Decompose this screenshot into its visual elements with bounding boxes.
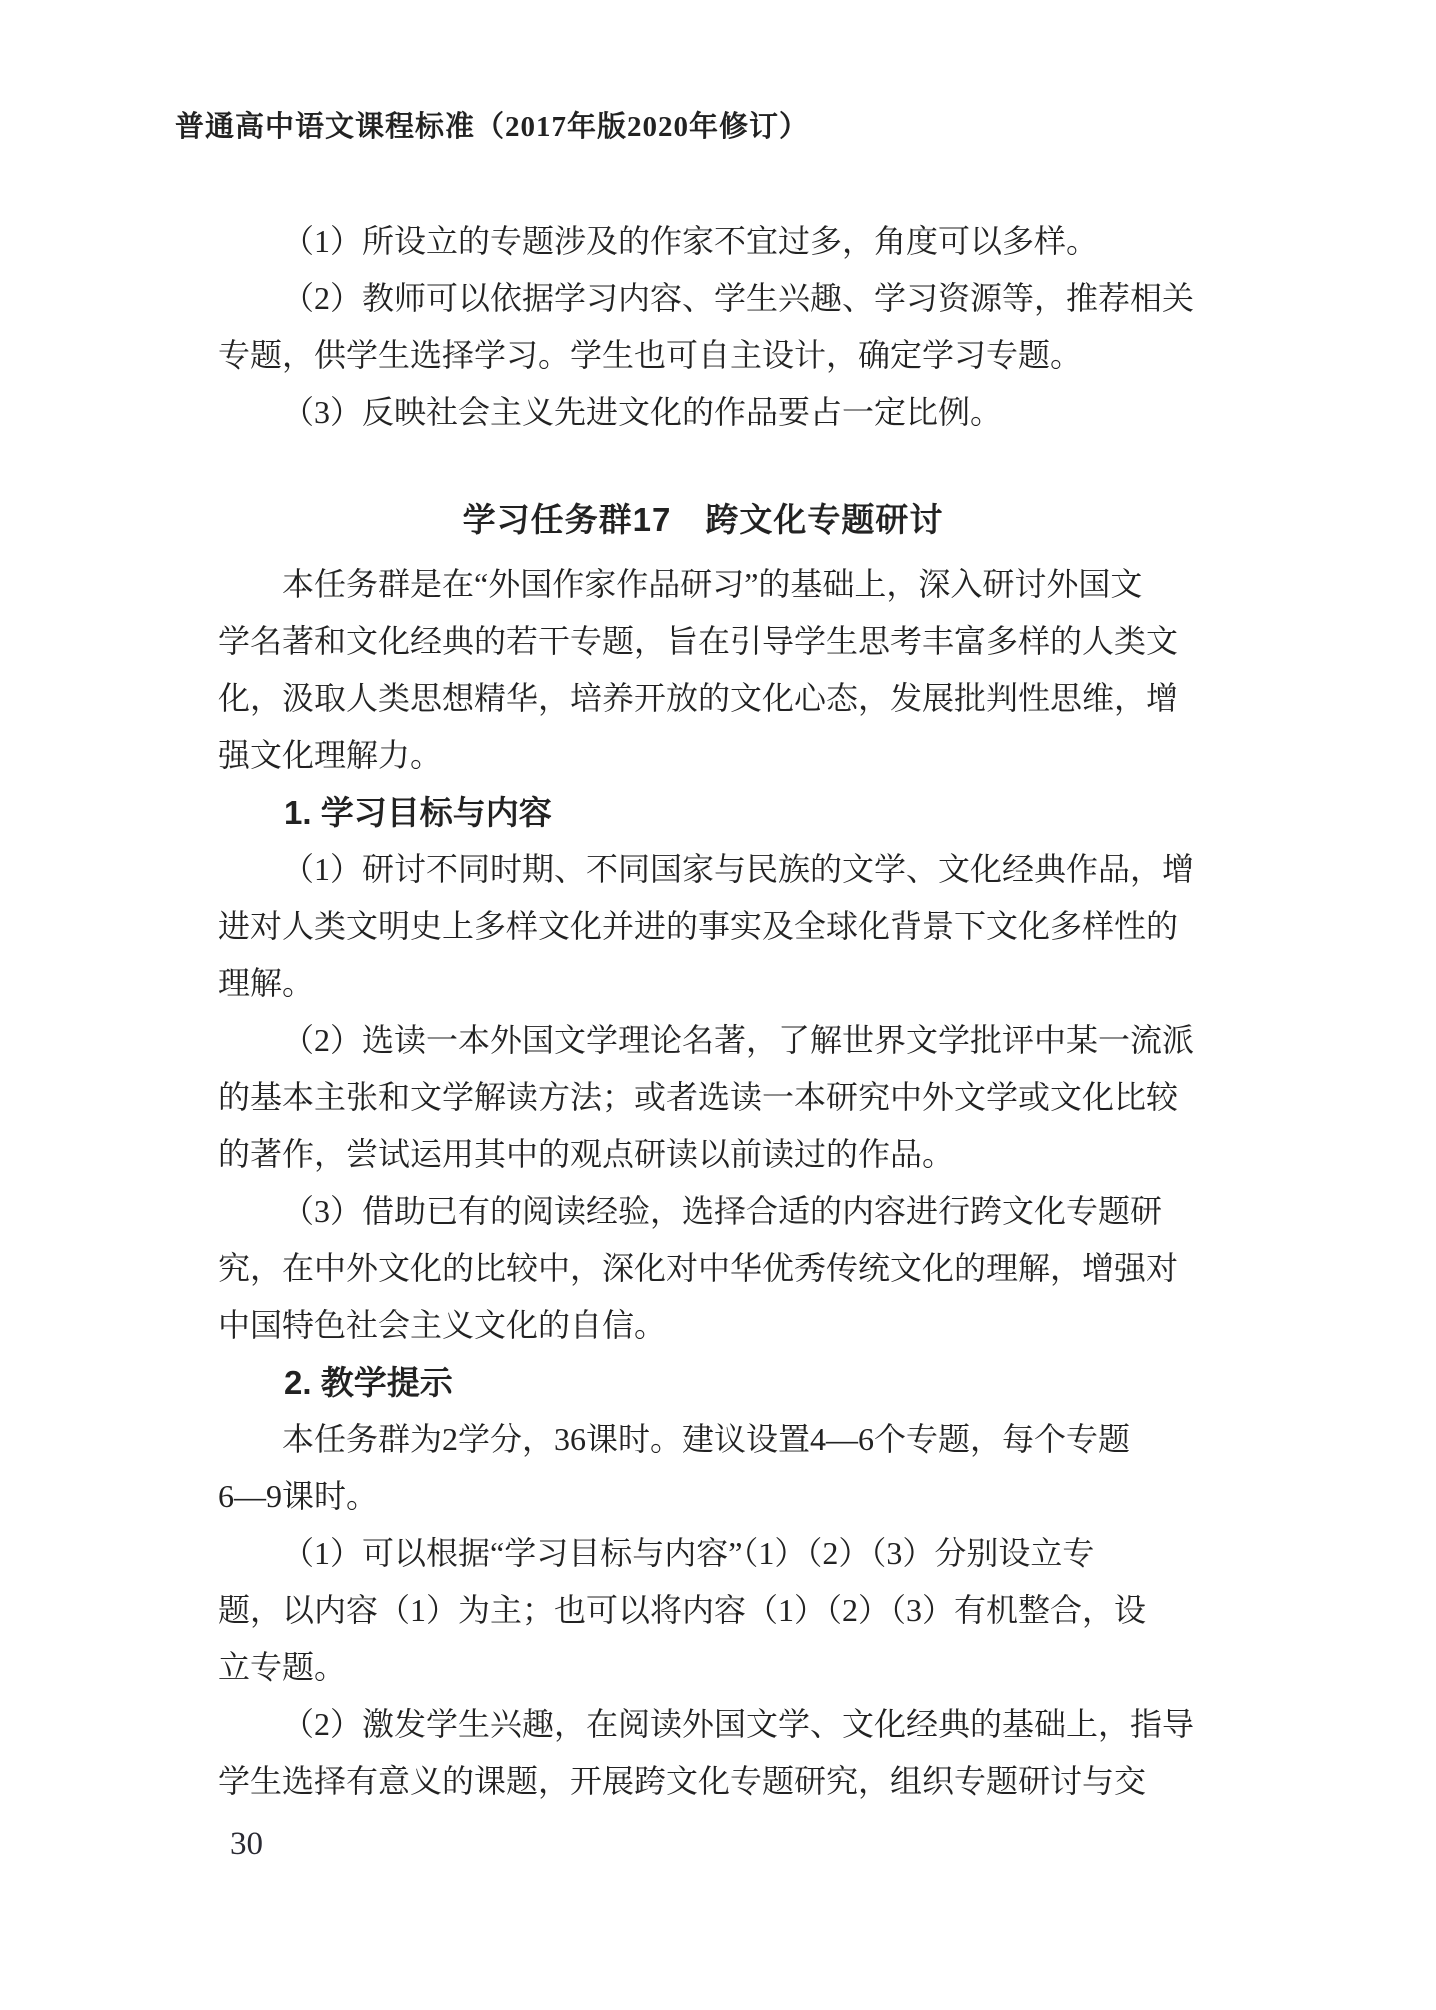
text-line: 理解。 [218,955,1188,1012]
page-number: 30 [218,1822,1188,1866]
text-line: （2）选读一本外国文学理论名著，了解世界文学批评中某一流派 [218,1012,1188,1069]
running-header: 普通高中语文课程标准（2017年版2020年修订） [175,105,1236,149]
text-line: 本任务群是在“外国作家作品研习”的基础上，深入研讨外国文 [218,556,1188,613]
text-line: 中国特色社会主义文化的自信。 [218,1297,1188,1354]
text-line: 6—9课时。 [218,1468,1188,1525]
subsection-heading: 2. 教学提示 [218,1354,1188,1411]
text-line: （1）研讨不同时期、不同国家与民族的文学、文化经典作品，增 [218,841,1188,898]
document-page: 普通高中语文课程标准（2017年版2020年修订） （1）所设立的专题涉及的作家… [0,0,1436,2010]
text-line: 强文化理解力。 [218,727,1188,784]
text-line: 专题，供学生选择学习。学生也可自主设计，确定学习专题。 [218,327,1188,384]
text-line: 本任务群为2学分，36课时。建议设置4—6个专题，每个专题 [218,1411,1188,1468]
text-line: 进对人类文明史上多样文化并进的事实及全球化背景下文化多样性的 [218,898,1188,955]
text-line: （1）所设立的专题涉及的作家不宜过多，角度可以多样。 [218,213,1188,270]
text-line: 题，以内容（1）为主；也可以将内容（1）（2）（3）有机整合，设 [218,1582,1188,1639]
subsection-heading: 1. 学习目标与内容 [218,784,1188,841]
text-line: （2）激发学生兴趣，在阅读外国文学、文化经典的基础上，指导 [218,1696,1188,1753]
text-line: 的著作，尝试运用其中的观点研读以前读过的作品。 [218,1126,1188,1183]
text-line: （2）教师可以依据学习内容、学生兴趣、学习资源等，推荐相关 [218,270,1188,327]
text-line: 究，在中外文化的比较中，深化对中华优秀传统文化的理解，增强对 [218,1240,1188,1297]
page-footer: 30 [218,1822,1188,1866]
text-line: 的基本主张和文学解读方法；或者选读一本研究中外文学或文化比较 [218,1069,1188,1126]
text-line: 学名著和文化经典的若干专题，旨在引导学生思考丰富多样的人类文 [218,613,1188,670]
text-line: 立专题。 [218,1639,1188,1696]
text-line: （3）反映社会主义先进文化的作品要占一定比例。 [218,384,1188,441]
text-line: （3）借助已有的阅读经验，选择合适的内容进行跨文化专题研 [218,1183,1188,1240]
document-body: （1）所设立的专题涉及的作家不宜过多，角度可以多样。（2）教师可以依据学习内容、… [218,213,1188,1810]
text-line: 学生选择有意义的课题，开展跨文化专题研究，组织专题研讨与交 [218,1753,1188,1810]
text-line: （1）可以根据“学习目标与内容”（1）（2）（3）分别设立专 [218,1525,1188,1582]
text-line: 化，汲取人类思想精华，培养开放的文化心态，发展批判性思维，增 [218,670,1188,727]
section-heading: 学习任务群17 跨文化专题研讨 [218,491,1188,548]
